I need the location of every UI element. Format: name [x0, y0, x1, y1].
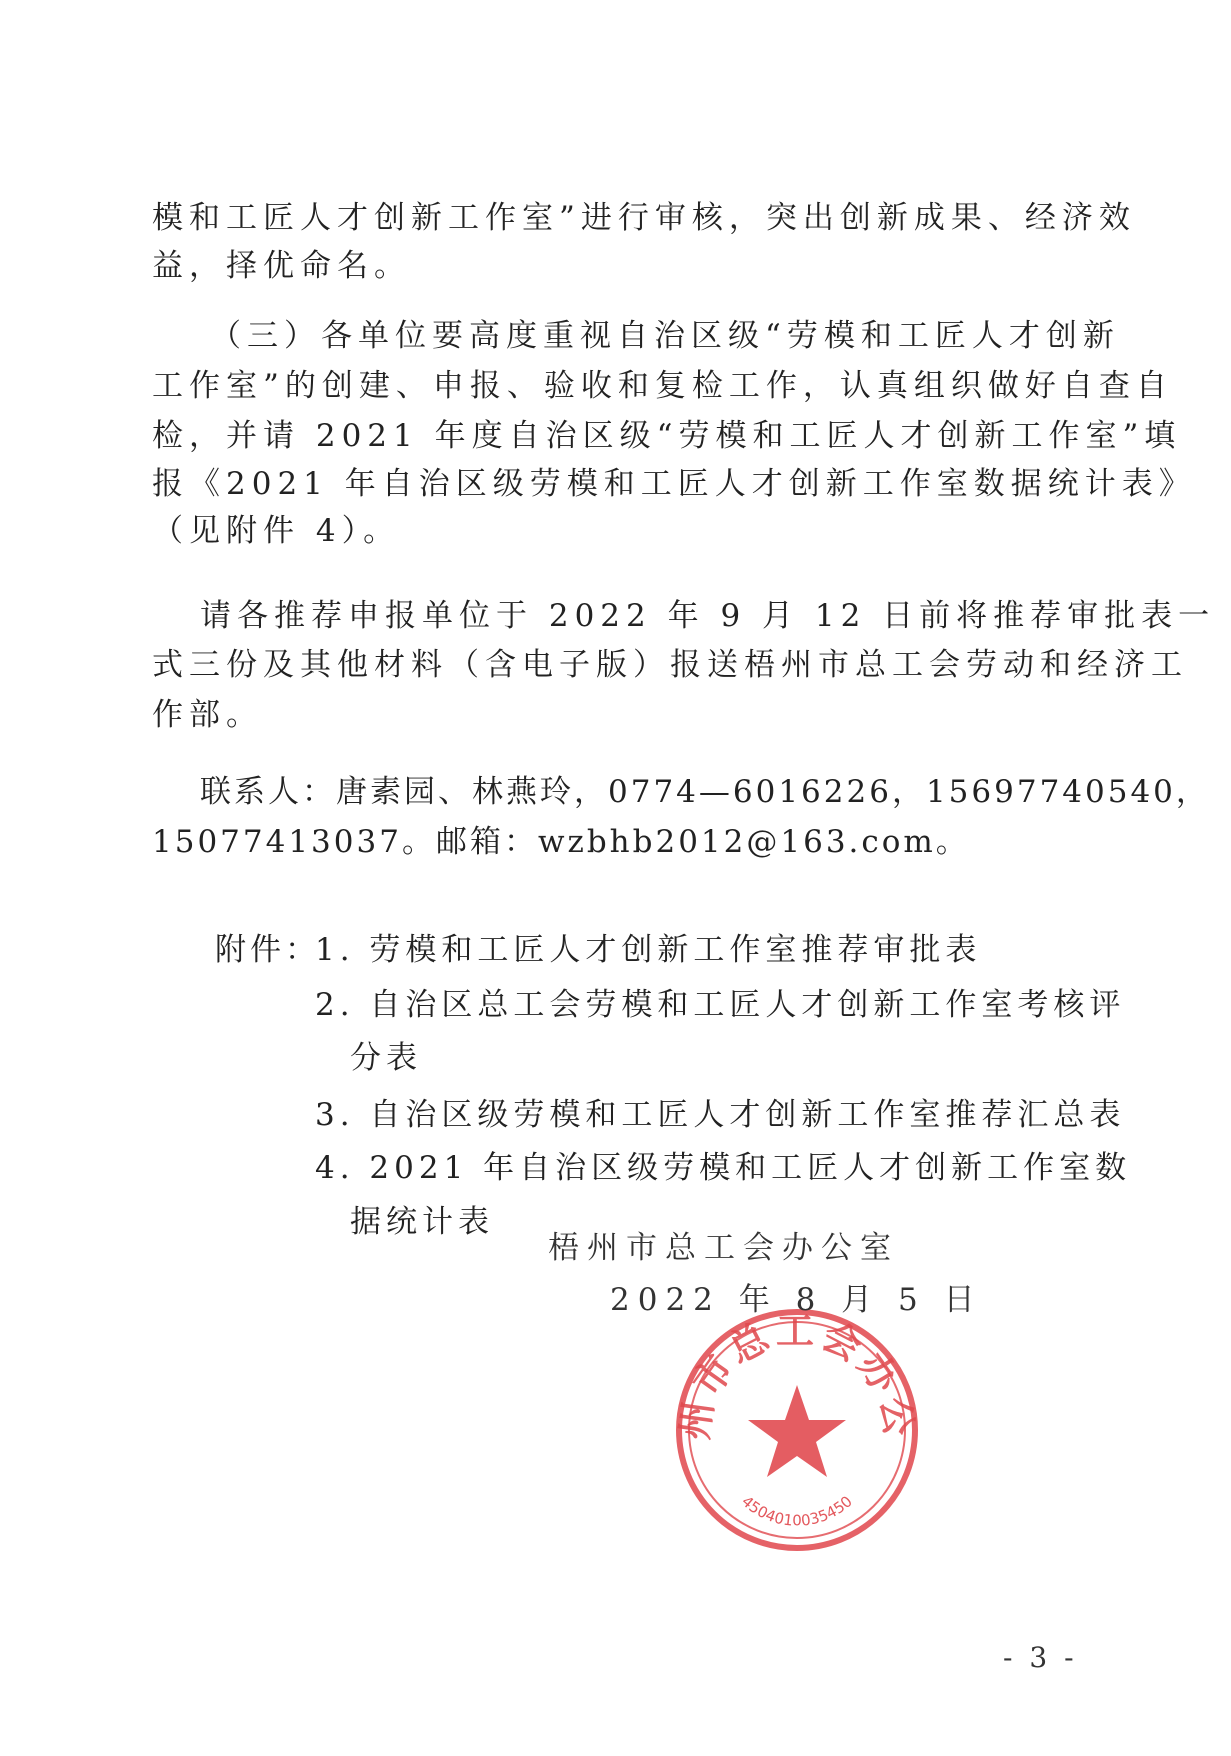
attachment-item-continued: 分表: [350, 1038, 422, 1078]
signature-organization: 梧州市总工会办公室: [548, 1228, 899, 1268]
signature-date: 2022 年 8 月 5 日: [610, 1280, 983, 1320]
body-line: 式三份及其他材料（含电子版）报送梧州市总工会劳动和经济工: [152, 645, 1072, 685]
body-line: 模和工匠人才创新工作室”进行审核，突出创新成果、经济效: [152, 198, 1072, 238]
attachments-label: 附件：: [215, 930, 320, 970]
body-line: 检，并请 2021 年度自治区级“劳模和工匠人才创新工作室”填: [152, 416, 1072, 456]
attachment-item: 1. 劳模和工匠人才创新工作室推荐审批表: [315, 930, 981, 970]
body-line: （见附件 4）。: [152, 511, 1072, 551]
page-number: - 3 -: [1003, 1641, 1078, 1675]
contact-line: 联系人：唐素园、林燕玲，0774—6016226，15697740540，: [200, 772, 1120, 812]
document-page: 模和工匠人才创新工作室”进行审核，突出创新成果、经济效 益，择优命名。 （三）各…: [0, 0, 1231, 1756]
attachment-item: 4. 2021 年自治区级劳模和工匠人才创新工作室数: [315, 1148, 1131, 1188]
svg-text:4504010035450: 4504010035450: [738, 1492, 856, 1529]
body-line: （三）各单位要高度重视自治区级“劳模和工匠人才创新: [210, 316, 1130, 356]
contact-line: 15077413037。邮箱：wzbhb2012@163.com。: [152, 822, 1072, 862]
official-seal-stamp-icon: 梧州市总工会办公室 4504010035450: [672, 1305, 922, 1555]
body-line: 益，择优命名。: [152, 246, 1072, 286]
body-line: 报《2021 年自治区级劳模和工匠人才创新工作室数据统计表》: [152, 464, 1072, 504]
body-line: 请各推荐申报单位于 2022 年 9 月 12 日前将推荐审批表一: [200, 596, 1120, 636]
attachment-item-continued: 据统计表: [350, 1202, 494, 1242]
body-line: 作部。: [152, 695, 1072, 735]
attachment-item: 3. 自治区级劳模和工匠人才创新工作室推荐汇总表: [315, 1095, 1125, 1135]
attachment-item: 2. 自治区总工会劳模和工匠人才创新工作室考核评: [315, 985, 1125, 1025]
body-line: 工作室”的创建、申报、验收和复检工作，认真组织做好自查自: [152, 366, 1072, 406]
